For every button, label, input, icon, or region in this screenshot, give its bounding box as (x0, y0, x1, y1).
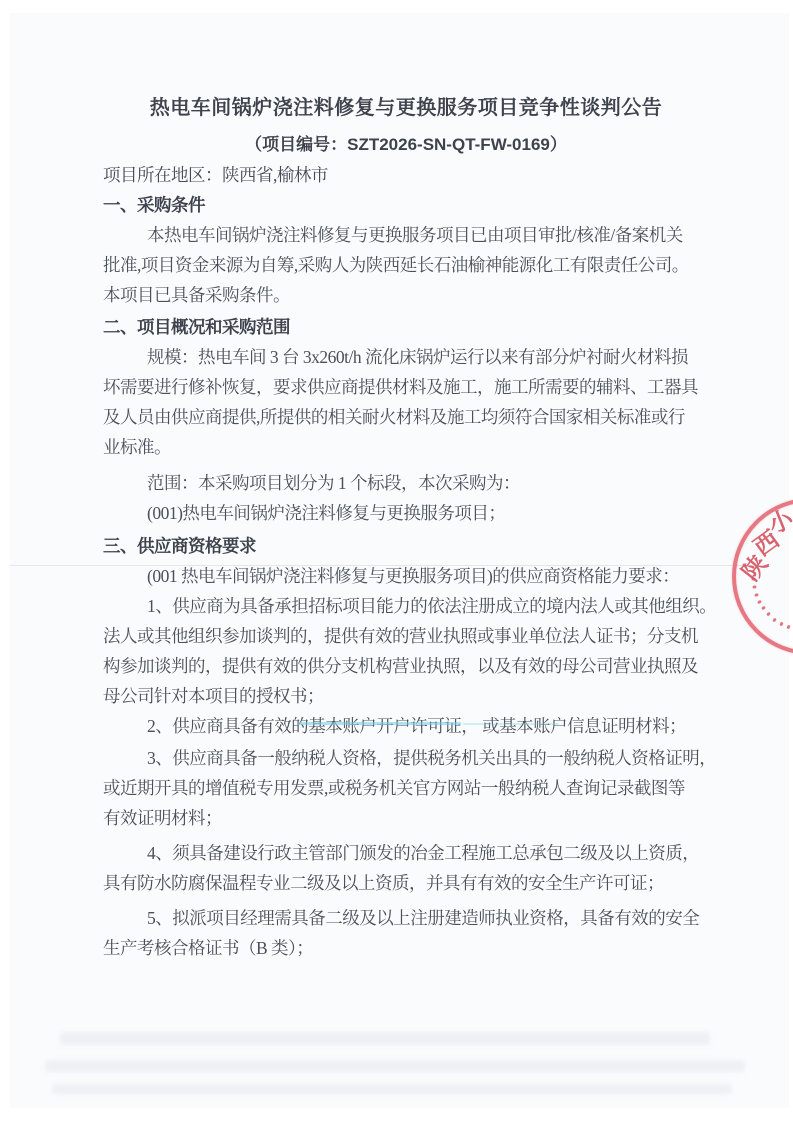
text-line: 项目所在地区：陕西省,榆林市 (103, 160, 709, 190)
text-line: 构参加谈判的，提供有效的供分支机构营业执照，以及有效的母公司营业执照及 (103, 651, 709, 681)
doc-title: 热电车间锅炉浇注料修复与更换服务项目竞争性谈判公告 (103, 92, 709, 124)
requirement-1-paragraph: 1、供应商为具备承担招标项目能力的依法注册成立的境内法人或其他组织。法人或其他组… (103, 591, 709, 711)
section-2-heading: 二、项目概况和采购范围 (103, 312, 709, 342)
section-1-paragraph: 本热电车间锅炉浇注料修复与更换服务项目已由项目审批/核准/备案机关批准,项目资金… (103, 220, 709, 310)
bleed-through-artifact (52, 1084, 732, 1094)
text-line: 三、供应商资格要求 (103, 531, 709, 561)
text-line: 母公司针对本项目的授权书； (103, 681, 709, 711)
text-line: 5、拟派项目经理需具备二级及以上注册建造师执业资格，具备有效的安全 (103, 903, 709, 933)
text-line: 本项目已具备采购条件。 (103, 280, 709, 310)
text-line: 坏需要进行修补恢复，要求供应商提供材料及施工，施工所需要的辅料、工器具 (103, 372, 709, 402)
text-line: 一、采购条件 (103, 190, 709, 220)
text-line: （项目编号：SZT2026-SN-QT-FW-0169） (103, 130, 709, 160)
text-line: 热电车间锅炉浇注料修复与更换服务项目竞争性谈判公告 (103, 92, 709, 124)
page-scan-area: 热电车间锅炉浇注料修复与更换服务项目竞争性谈判公告（项目编号：SZT2026-S… (10, 13, 789, 1108)
text-line: 或近期开具的增值税专用发票,或税务机关官方网站一般纳税人查询记录截图等 (103, 773, 709, 803)
scanned-document: { "document": { "title": "热电车间锅炉浇注料修复与更换… (0, 0, 793, 1123)
text-line: 法人或其他组织参加谈判的，提供有效的营业执照或事业单位法人证书；分支机 (103, 621, 709, 651)
requirement-4-paragraph: 4、须具备建设行政主管部门颁发的冶金工程施工总承包二级及以上资质，具有防水防腐保… (103, 838, 709, 898)
section-3-heading: 三、供应商资格要求 (103, 531, 709, 561)
text-line: 2、供应商具备有效的基本账户开户许可证， 或基本账户信息证明材料； (103, 711, 709, 741)
requirement-5-paragraph: 5、拟派项目经理需具备二级及以上注册建造师执业资格，具备有效的安全生产考核合格证… (103, 903, 709, 963)
section-1-heading: 一、采购条件 (103, 190, 709, 220)
text-line: 业标准。 (103, 432, 709, 462)
project-number-line: （项目编号：SZT2026-SN-QT-FW-0169） (103, 130, 709, 160)
text-line: 1、供应商为具备承担招标项目能力的依法注册成立的境内法人或其他组织。 (103, 591, 709, 621)
text-line: 本热电车间锅炉浇注料修复与更换服务项目已由项目审批/核准/备案机关 (103, 220, 709, 250)
scan-artifact-highlight (298, 722, 461, 725)
text-line: 范围：本采购项目划分为 1 个标段，本次采购为： (103, 468, 709, 498)
project-location-line: 项目所在地区：陕西省,榆林市 (103, 160, 709, 190)
text-line: 规模：热电车间 3 台 3x260t/h 流化床锅炉运行以来有部分炉衬耐火材料损 (103, 342, 709, 372)
text-line: 生产考核合格证书（B 类）； (103, 933, 709, 963)
scope-scale-paragraph: 规模：热电车间 3 台 3x260t/h 流化床锅炉运行以来有部分炉衬耐火材料损… (103, 342, 709, 462)
text-line: 批准,项目资金来源为自筹,采购人为陕西延长石油榆神能源化工有限责任公司。 (103, 250, 709, 280)
bleed-through-artifact (60, 1032, 710, 1045)
text-line: 3、供应商具备一般纳税人资格，提供税务机关出具的一般纳税人资格证明， (103, 743, 709, 773)
scan-artifact-highlight (463, 723, 559, 725)
text-line: 二、项目概况和采购范围 (103, 312, 709, 342)
text-line: (001)热电车间锅炉浇注料修复与更换服务项目； (103, 498, 709, 528)
text-line: 有效证明材料； (103, 803, 709, 833)
text-line: 及人员由供应商提供,所提供的相关耐火材料及施工均须符合国家相关标准或行 (103, 402, 709, 432)
requirement-2-paragraph: 2、供应商具备有效的基本账户开户许可证， 或基本账户信息证明材料； (103, 711, 709, 741)
requirement-3-paragraph: 3、供应商具备一般纳税人资格，提供税务机关出具的一般纳税人资格证明，或近期开具的… (103, 743, 709, 833)
lot-001-paragraph: (001)热电车间锅炉浇注料修复与更换服务项目； (103, 498, 709, 528)
bleed-through-artifact (45, 1060, 745, 1072)
scope-range-paragraph: 范围：本采购项目划分为 1 个标段，本次采购为： (103, 468, 709, 498)
scan-artifact-line (10, 565, 750, 566)
text-line: 4、须具备建设行政主管部门颁发的冶金工程施工总承包二级及以上资质， (103, 838, 709, 868)
text-line: 具有防水防腐保温程专业二级及以上资质，并具有有效的安全生产许可证； (103, 868, 709, 898)
document-content: 热电车间锅炉浇注料修复与更换服务项目竞争性谈判公告（项目编号：SZT2026-S… (103, 92, 709, 963)
